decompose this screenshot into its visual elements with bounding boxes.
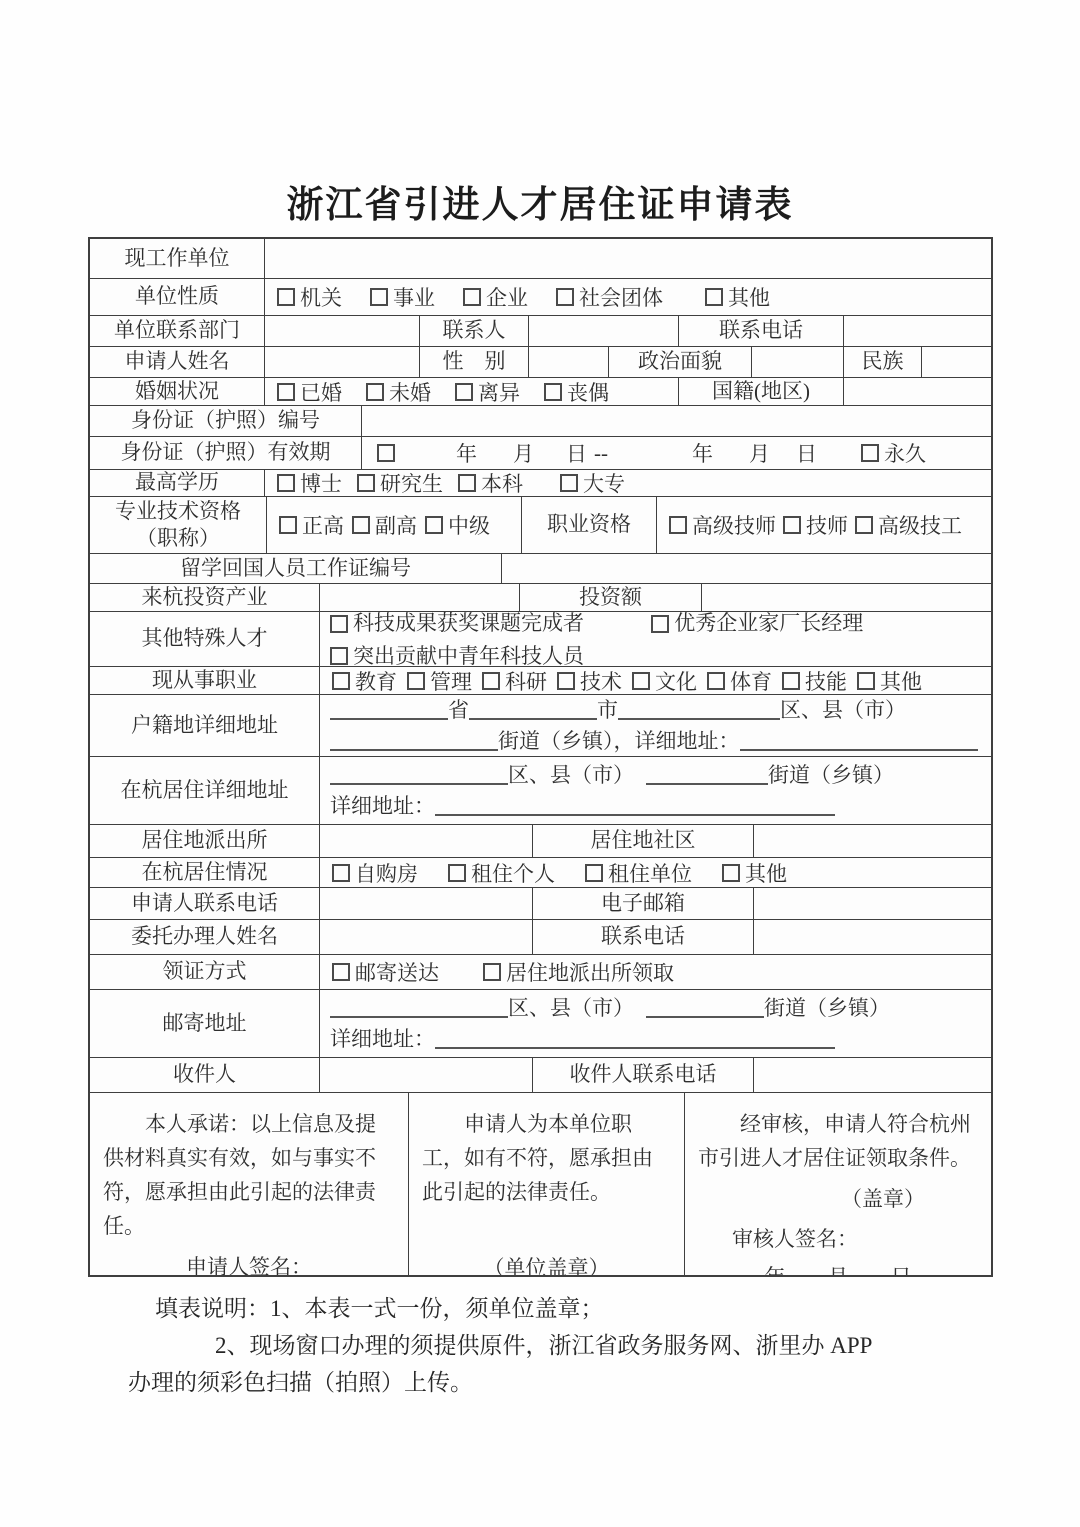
checkbox-icon bbox=[544, 383, 562, 401]
blank-field[interactable] bbox=[330, 994, 508, 1018]
table-row: 现从事职业 教育 管理 科研 技术 文化 体育 技能 其他 bbox=[90, 667, 991, 695]
checkbox-icon bbox=[357, 474, 375, 492]
agent-name-label: 委托办理人姓名 bbox=[90, 920, 320, 954]
checkbox-option[interactable]: 其他 bbox=[705, 282, 770, 312]
date-line: 年 月 日 bbox=[698, 1260, 978, 1275]
checkbox-option[interactable]: 技能 bbox=[782, 667, 847, 694]
id-validity-input-cell: 年 月 日 -- 年 月 日 永久 bbox=[362, 437, 991, 469]
checkbox-icon bbox=[783, 516, 801, 534]
checkbox-option[interactable]: 正高 bbox=[279, 510, 344, 540]
checkbox-option[interactable]: 教育 bbox=[332, 667, 397, 694]
table-row: 单位联系部门 联系人 联系电话 bbox=[90, 316, 991, 347]
form-notes: 填表说明：1、本表一式一份，须单位盖章； 2、现场窗口办理的须提供原件，浙江省政… bbox=[0, 1290, 1080, 1401]
checkbox-icon bbox=[482, 672, 500, 690]
invest-amount-input-cell[interactable] bbox=[702, 584, 991, 611]
vocation-options: 高级技师 技师 高级技工 bbox=[657, 497, 991, 553]
checkbox-icon[interactable] bbox=[377, 444, 395, 462]
checkbox-icon bbox=[632, 672, 650, 690]
checkbox-option[interactable]: 丧偶 bbox=[544, 378, 609, 405]
table-row: 身份证（护照）编号 bbox=[90, 406, 991, 437]
occupation-options: 教育 管理 科研 技术 文化 体育 技能 其他 bbox=[320, 667, 991, 694]
checkbox-option[interactable]: 社会团体 bbox=[556, 282, 663, 312]
checkbox-icon bbox=[330, 615, 348, 633]
occupation-label: 现从事职业 bbox=[90, 667, 320, 694]
contact-phone-label: 联系电话 bbox=[679, 316, 844, 346]
blank-field[interactable] bbox=[330, 696, 448, 720]
table-row: 单位性质 机关 事业 企业 社会团体 其他 bbox=[90, 279, 991, 316]
email-input-cell[interactable] bbox=[754, 888, 991, 919]
checkbox-icon bbox=[855, 516, 873, 534]
checkbox-icon bbox=[370, 288, 388, 306]
table-row: 婚姻状况 已婚 未婚 离异 丧偶 国籍(地区) bbox=[90, 378, 991, 406]
checkbox-option[interactable]: 其他 bbox=[857, 667, 922, 694]
police-station-label: 居住地派出所 bbox=[90, 825, 320, 857]
pro-title-options: 正高 副高 中级 bbox=[267, 497, 522, 553]
unit-type-options: 机关 事业 企业 社会团体 其他 bbox=[265, 279, 991, 315]
checkbox-option[interactable]: 邮寄送达 bbox=[332, 957, 439, 987]
checkbox-icon bbox=[277, 474, 295, 492]
checkbox-option[interactable]: 居住地派出所领取 bbox=[483, 957, 674, 987]
overseas-cert-input-cell[interactable] bbox=[502, 554, 991, 583]
checkbox-icon bbox=[483, 963, 501, 981]
community-label: 居住地社区 bbox=[533, 825, 754, 857]
checkbox-icon bbox=[279, 516, 297, 534]
recipient-phone-label: 收件人联系电话 bbox=[533, 1058, 754, 1092]
special-talent-label: 其他特殊人才 bbox=[90, 612, 320, 666]
table-row: 在杭居住情况 自购房 租住个人 租住单位 其他 bbox=[90, 858, 991, 888]
community-input-cell[interactable] bbox=[754, 825, 991, 857]
checkbox-icon bbox=[857, 672, 875, 690]
table-row: 户籍地详细地址 省市区、县（市） 街道（乡镇），详细地址： bbox=[90, 695, 991, 757]
id-number-label: 身份证（护照）编号 bbox=[90, 406, 362, 436]
police-station-input-cell[interactable] bbox=[320, 825, 533, 857]
checkbox-option[interactable]: 博士 bbox=[277, 470, 342, 496]
checkbox-option[interactable]: 科技成果获奖课题完成者 bbox=[330, 612, 584, 639]
nationality-input-cell[interactable] bbox=[844, 378, 991, 405]
checkbox-option[interactable]: 高级技工 bbox=[855, 510, 962, 540]
unit-pledge-block: 申请人为本单位职工，如有不符，愿承担由此引起的法律责任。 （单位盖章） 年 月 … bbox=[409, 1093, 685, 1275]
review-seal-label: （盖章） bbox=[698, 1182, 978, 1216]
blank-field[interactable] bbox=[618, 696, 780, 720]
checkbox-option[interactable]: 高级技师 bbox=[669, 510, 776, 540]
overseas-cert-label: 留学回国人员工作证编号 bbox=[90, 554, 502, 583]
month-label: 月 bbox=[513, 438, 534, 468]
checkbox-option[interactable]: 租住个人 bbox=[448, 858, 555, 887]
hukou-address-label: 户籍地详细地址 bbox=[90, 695, 320, 756]
checkbox-option[interactable]: 大专 bbox=[560, 470, 625, 496]
politics-label: 政治面貌 bbox=[609, 347, 752, 377]
table-row: 本人承诺：以上信息及提供材料真实有效，如与事实不符，愿承担由此引起的法律责任。 … bbox=[90, 1093, 991, 1275]
agent-name-input-cell[interactable] bbox=[320, 920, 533, 954]
checkbox-option[interactable]: 优秀企业家厂长经理 bbox=[651, 612, 863, 639]
checkbox-option[interactable]: 科研 bbox=[482, 667, 547, 694]
checkbox-option[interactable]: 文化 bbox=[632, 667, 697, 694]
hz-address-input-cell: 区、县（市）街道（乡镇） 详细地址： bbox=[320, 757, 991, 824]
pro-title-label: 专业技术资格 （职称） bbox=[90, 497, 267, 553]
checkbox-icon bbox=[707, 672, 725, 690]
education-label: 最高学历 bbox=[90, 470, 265, 496]
delivery-options: 邮寄送达 居住地派出所领取 bbox=[320, 955, 991, 989]
blank-field[interactable] bbox=[330, 727, 498, 751]
hukou-address-input-cell: 省市区、县（市） 街道（乡镇），详细地址： bbox=[320, 695, 991, 756]
table-row: 领证方式 邮寄送达 居住地派出所领取 bbox=[90, 955, 991, 990]
politics-input-cell[interactable] bbox=[752, 347, 844, 377]
ethnic-label: 民族 bbox=[844, 347, 922, 377]
checkbox-icon bbox=[448, 864, 466, 882]
checkbox-option[interactable]: 机关 bbox=[277, 282, 342, 312]
checkbox-icon bbox=[277, 288, 295, 306]
contact-person-input-cell[interactable] bbox=[529, 316, 679, 346]
special-talent-options: 科技成果获奖课题完成者 优秀企业家厂长经理 突出贡献中青年科技人员 bbox=[320, 612, 991, 666]
agent-phone-label: 联系电话 bbox=[533, 920, 754, 954]
invest-label: 来杭投资产业 bbox=[90, 584, 320, 611]
checkbox-icon bbox=[651, 615, 669, 633]
checkbox-option[interactable]: 未婚 bbox=[366, 378, 431, 405]
month-label: 月 bbox=[749, 438, 770, 468]
checkbox-icon bbox=[585, 864, 603, 882]
table-row: 身份证（护照）有效期 年 月 日 -- 年 月 日 永久 bbox=[90, 437, 991, 470]
checkbox-icon bbox=[669, 516, 687, 534]
checkbox-option[interactable]: 管理 bbox=[407, 667, 472, 694]
table-row: 申请人联系电话 电子邮箱 bbox=[90, 888, 991, 920]
checkbox-icon bbox=[332, 672, 350, 690]
invest-amount-label: 投资额 bbox=[520, 584, 702, 611]
applicant-name-label: 申请人姓名 bbox=[90, 347, 265, 377]
blank-field[interactable] bbox=[435, 792, 835, 816]
year-label: 年 bbox=[456, 438, 477, 468]
day-label: 日 bbox=[566, 438, 587, 468]
checkbox-icon bbox=[722, 864, 740, 882]
checkbox-icon bbox=[560, 474, 578, 492]
page-title: 浙江省引进人才居住证申请表 bbox=[0, 0, 1080, 228]
contact-person-label: 联系人 bbox=[420, 316, 529, 346]
checkbox-icon bbox=[861, 444, 879, 462]
note-line: 填表说明：1、本表一式一份，须单位盖章； bbox=[155, 1290, 1080, 1327]
checkbox-option[interactable]: 已婚 bbox=[277, 378, 342, 405]
table-row: 最高学历 博士 研究生 本科 大专 bbox=[90, 470, 991, 497]
table-row: 留学回国人员工作证编号 bbox=[90, 554, 991, 584]
checkbox-option[interactable]: 研究生 bbox=[357, 470, 443, 496]
marital-label: 婚姻状况 bbox=[90, 378, 265, 405]
table-row: 专业技术资格 （职称） 正高 副高 中级 职业资格 高级技师 技师 高级技工 bbox=[90, 497, 991, 554]
review-text: 经审核，申请人符合杭州市引进人才居住证领取条件。 bbox=[698, 1107, 978, 1175]
checkbox-option[interactable]: 其他 bbox=[722, 858, 787, 887]
recipient-phone-input-cell[interactable] bbox=[754, 1058, 991, 1092]
checkbox-icon bbox=[352, 516, 370, 534]
unit-dept-label: 单位联系部门 bbox=[90, 316, 265, 346]
checkbox-option[interactable]: 租住单位 bbox=[585, 858, 692, 887]
gender-input-cell[interactable] bbox=[529, 347, 609, 377]
recipient-input-cell[interactable] bbox=[320, 1058, 533, 1092]
checkbox-icon bbox=[407, 672, 425, 690]
hz-address-label: 在杭居住详细地址 bbox=[90, 757, 320, 824]
mail-address-input-cell: 区、县（市）街道（乡镇） 详细地址： bbox=[320, 990, 991, 1057]
applicant-phone-input-cell[interactable] bbox=[320, 888, 533, 919]
day-label: 日 bbox=[796, 438, 817, 468]
ethnic-input-cell[interactable] bbox=[922, 347, 991, 377]
checkbox-option[interactable]: 企业 bbox=[463, 282, 528, 312]
applicant-pledge-text: 本人承诺：以上信息及提供材料真实有效，如与事实不符，愿承担由此引起的法律责任。 bbox=[103, 1107, 395, 1243]
checkbox-icon bbox=[366, 383, 384, 401]
checkbox-option[interactable]: 突出贡献中青年科技人员 bbox=[330, 641, 584, 666]
table-row: 现工作单位 bbox=[90, 239, 991, 279]
checkbox-icon bbox=[332, 864, 350, 882]
checkbox-icon bbox=[705, 288, 723, 306]
table-row: 邮寄地址 区、县（市）街道（乡镇） 详细地址： bbox=[90, 990, 991, 1058]
checkbox-option[interactable]: 离异 bbox=[455, 378, 520, 405]
checkbox-icon bbox=[463, 288, 481, 306]
checkbox-option[interactable]: 副高 bbox=[352, 510, 417, 540]
checkbox-option[interactable]: 体育 bbox=[707, 667, 772, 694]
education-options: 博士 研究生 本科 大专 bbox=[265, 470, 991, 496]
checkbox-icon bbox=[458, 474, 476, 492]
blank-field[interactable] bbox=[330, 761, 508, 785]
checkbox-icon bbox=[332, 963, 350, 981]
blank-field[interactable] bbox=[646, 994, 764, 1018]
checkbox-option[interactable]: 自购房 bbox=[332, 858, 418, 887]
checkbox-icon bbox=[557, 672, 575, 690]
agent-phone-input-cell[interactable] bbox=[754, 920, 991, 954]
blank-field[interactable] bbox=[469, 696, 597, 720]
checkbox-icon bbox=[277, 383, 295, 401]
note-line: 2、现场窗口办理的须提供原件，浙江省政务服务网、浙里办 APP bbox=[215, 1327, 1080, 1364]
employer-label: 现工作单位 bbox=[90, 239, 265, 278]
applicant-name-input-cell[interactable] bbox=[265, 347, 420, 377]
checkbox-icon bbox=[330, 647, 348, 665]
checkbox-icon bbox=[782, 672, 800, 690]
employer-input-cell[interactable] bbox=[265, 239, 991, 278]
applicant-pledge-block: 本人承诺：以上信息及提供材料真实有效，如与事实不符，愿承担由此引起的法律责任。 … bbox=[90, 1093, 409, 1275]
table-row: 在杭居住详细地址 区、县（市）街道（乡镇） 详细地址： bbox=[90, 757, 991, 825]
residence-type-options: 自购房 租住个人 租住单位 其他 bbox=[320, 858, 991, 887]
email-label: 电子邮箱 bbox=[533, 888, 754, 919]
checkbox-icon bbox=[556, 288, 574, 306]
table-row: 收件人 收件人联系电话 bbox=[90, 1058, 991, 1093]
recipient-label: 收件人 bbox=[90, 1058, 320, 1092]
marital-options: 已婚 未婚 离异 丧偶 bbox=[265, 378, 679, 405]
review-block: 经审核，申请人符合杭州市引进人才居住证领取条件。 （盖章） 审核人签名： 年 月… bbox=[685, 1093, 991, 1275]
applicant-phone-label: 申请人联系电话 bbox=[90, 888, 320, 919]
id-number-input-cell[interactable] bbox=[362, 406, 991, 436]
checkbox-option[interactable]: 技术 bbox=[557, 667, 622, 694]
table-row: 委托办理人姓名 联系电话 bbox=[90, 920, 991, 955]
blank-field[interactable] bbox=[646, 761, 768, 785]
delivery-label: 领证方式 bbox=[90, 955, 320, 989]
gender-label: 性 别 bbox=[420, 347, 529, 377]
reviewer-signature-label: 审核人签名： bbox=[698, 1222, 978, 1256]
checkbox-option[interactable]: 本科 bbox=[458, 470, 523, 496]
vocation-label: 职业资格 bbox=[522, 497, 657, 553]
nationality-label: 国籍(地区) bbox=[679, 378, 844, 405]
blank-field[interactable] bbox=[740, 727, 978, 751]
residence-type-label: 在杭居住情况 bbox=[90, 858, 320, 887]
id-validity-label: 身份证（护照）有效期 bbox=[90, 437, 362, 469]
checkbox-option[interactable]: 技师 bbox=[783, 510, 848, 540]
checkbox-option[interactable]: 中级 bbox=[425, 510, 490, 540]
checkbox-option[interactable]: 事业 bbox=[370, 282, 435, 312]
invest-input-cell[interactable] bbox=[320, 584, 520, 611]
table-row: 来杭投资产业 投资额 bbox=[90, 584, 991, 612]
contact-phone-input-cell[interactable] bbox=[844, 316, 991, 346]
table-row: 申请人姓名 性 别 政治面貌 民族 bbox=[90, 347, 991, 378]
checkbox-icon bbox=[455, 383, 473, 401]
checkbox-option[interactable]: 永久 bbox=[861, 438, 926, 468]
blank-field[interactable] bbox=[435, 1025, 835, 1049]
year-label: 年 bbox=[692, 438, 713, 468]
mail-address-label: 邮寄地址 bbox=[90, 990, 320, 1057]
note-line: 办理的须彩色扫描（拍照）上传。 bbox=[128, 1364, 1080, 1401]
unit-dept-input-cell[interactable] bbox=[265, 316, 420, 346]
document-page: 浙江省引进人才居住证申请表 现工作单位 单位性质 机关 事业 企业 社会团体 其… bbox=[0, 0, 1080, 1527]
unit-type-label: 单位性质 bbox=[90, 279, 265, 315]
unit-seal-label: （单位盖章） bbox=[422, 1251, 671, 1275]
table-row: 其他特殊人才 科技成果获奖课题完成者 优秀企业家厂长经理 突出贡献中青年科技人员 bbox=[90, 612, 991, 667]
application-form-table: 现工作单位 单位性质 机关 事业 企业 社会团体 其他 单位联系部门 联系人 联… bbox=[88, 237, 993, 1277]
unit-pledge-text: 申请人为本单位职工，如有不符，愿承担由此引起的法律责任。 bbox=[422, 1107, 671, 1209]
range-separator: -- bbox=[594, 441, 608, 466]
applicant-signature-label: 申请人签名： bbox=[103, 1250, 395, 1275]
checkbox-icon bbox=[425, 516, 443, 534]
table-row: 居住地派出所 居住地社区 bbox=[90, 825, 991, 858]
